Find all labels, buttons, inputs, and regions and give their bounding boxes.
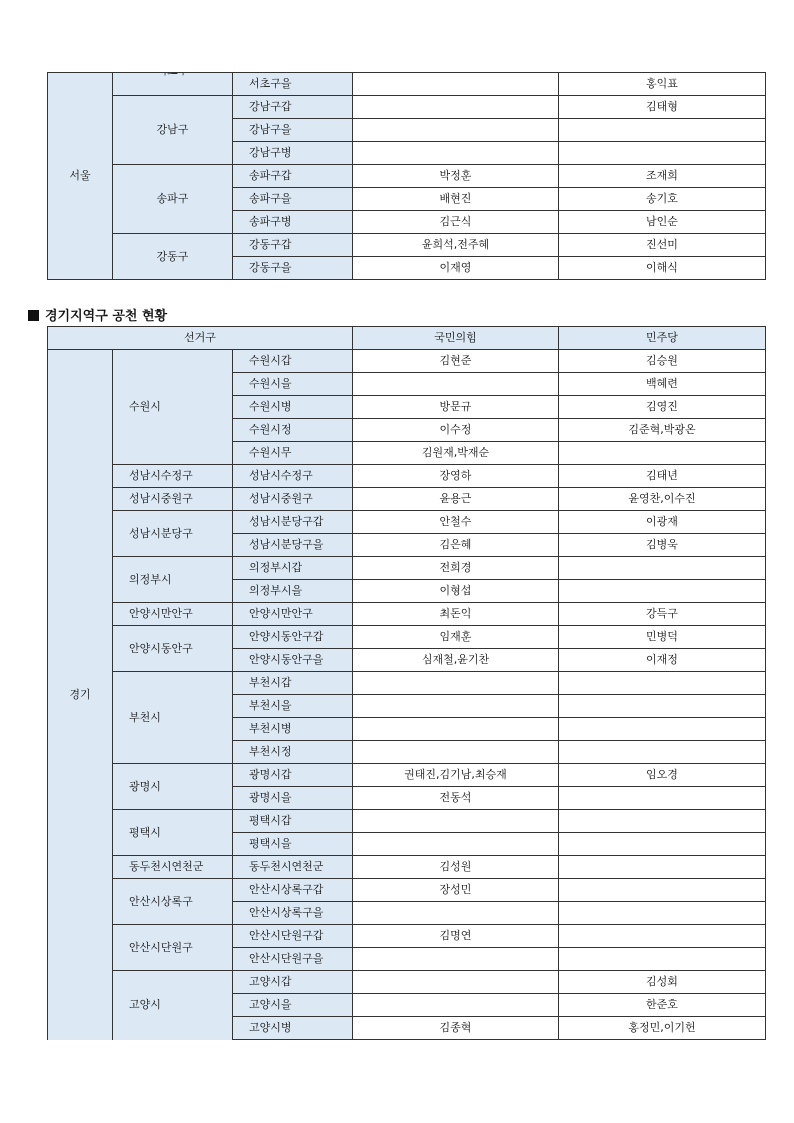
constituency-cell: 송파구병: [233, 211, 353, 234]
table-row: 경기수원시수원시갑김현준김승원: [48, 350, 766, 373]
dem-candidate-cell: [559, 695, 766, 718]
dem-candidate-cell: 김태년: [559, 465, 766, 488]
ppp-candidate-cell: [353, 96, 559, 119]
ppp-candidate-cell: [353, 902, 559, 925]
ppp-candidate-cell: [353, 994, 559, 1017]
ppp-candidate-cell: [353, 373, 559, 396]
district-cell: 송파구: [113, 165, 233, 234]
dem-candidate-cell: 홍익표: [559, 73, 766, 96]
constituency-cell: 부천시정: [233, 741, 353, 764]
dem-candidate-cell: 민병덕: [559, 626, 766, 649]
constituency-cell: 안양시동안구을: [233, 649, 353, 672]
dem-candidate-cell: 이해식: [559, 257, 766, 280]
ppp-candidate-cell: [353, 971, 559, 994]
ppp-candidate-cell: [353, 672, 559, 695]
region-cell: 서울: [48, 73, 113, 280]
ppp-candidate-cell: 심재철,윤기찬: [353, 649, 559, 672]
ppp-candidate-cell: 김성원: [353, 856, 559, 879]
dem-candidate-cell: [559, 741, 766, 764]
constituency-cell: 수원시정: [233, 419, 353, 442]
ppp-candidate-cell: [353, 718, 559, 741]
dem-candidate-cell: 송기호: [559, 188, 766, 211]
dem-candidate-cell: [559, 902, 766, 925]
dem-candidate-cell: [559, 119, 766, 142]
constituency-cell: 강남구갑: [233, 96, 353, 119]
ppp-candidate-cell: 윤용근: [353, 488, 559, 511]
ppp-candidate-cell: [353, 833, 559, 856]
section-heading-text: 경기지역구 공천 현황: [45, 309, 167, 324]
district-cell: 수원시: [113, 350, 233, 465]
district-cell-text: 서초구: [113, 73, 232, 79]
ppp-candidate-cell: [353, 119, 559, 142]
dem-candidate-cell: [559, 557, 766, 580]
table-row: 성남시분당구성남시분당구갑안철수이광재: [48, 511, 766, 534]
district-cell: 강남구: [113, 96, 233, 165]
district-cell: 의정부시: [113, 557, 233, 603]
dem-candidate-cell: [559, 718, 766, 741]
table-row: 부천시부천시갑: [48, 672, 766, 695]
constituency-cell: 안양시만안구: [233, 603, 353, 626]
dem-candidate-cell: 진선미: [559, 234, 766, 257]
constituency-cell: 수원시을: [233, 373, 353, 396]
constituency-cell: 부천시병: [233, 718, 353, 741]
table-row: 강동구강동구갑윤희석,전주혜진선미: [48, 234, 766, 257]
ppp-candidate-cell: 전동석: [353, 787, 559, 810]
constituency-cell: 고양시갑: [233, 971, 353, 994]
ppp-candidate-cell: 이수정: [353, 419, 559, 442]
dem-candidate-cell: 백혜련: [559, 373, 766, 396]
ppp-candidate-cell: 안철수: [353, 511, 559, 534]
ppp-candidate-cell: 이형섭: [353, 580, 559, 603]
dem-candidate-cell: 김승원: [559, 350, 766, 373]
constituency-cell: 의정부시을: [233, 580, 353, 603]
constituency-cell: 성남시수정구: [233, 465, 353, 488]
ppp-candidate-cell: 최돈익: [353, 603, 559, 626]
constituency-cell: 안산시단원구을: [233, 948, 353, 971]
dem-candidate-cell: 강득구: [559, 603, 766, 626]
district-cell: 안양시만안구: [113, 603, 233, 626]
header-dem: 민주당: [559, 327, 766, 350]
district-cell: 성남시수정구: [113, 465, 233, 488]
constituency-cell: 성남시분당구갑: [233, 511, 353, 534]
constituency-cell: 고양시을: [233, 994, 353, 1017]
constituency-cell: 서초구을: [233, 73, 353, 96]
constituency-cell: 성남시분당구을: [233, 534, 353, 557]
ppp-candidate-cell: [353, 810, 559, 833]
table-row: 고양시고양시갑김성회: [48, 971, 766, 994]
ppp-candidate-cell: 장영하: [353, 465, 559, 488]
table-row: 서울서초구서초구을홍익표: [48, 73, 766, 96]
ppp-candidate-cell: 방문규: [353, 396, 559, 419]
constituency-cell: 강동구갑: [233, 234, 353, 257]
ppp-candidate-cell: 윤희석,전주혜: [353, 234, 559, 257]
ppp-candidate-cell: [353, 695, 559, 718]
constituency-cell: 성남시중원구: [233, 488, 353, 511]
dem-candidate-cell: [559, 672, 766, 695]
district-cell: 성남시중원구: [113, 488, 233, 511]
ppp-candidate-cell: 이재영: [353, 257, 559, 280]
dem-candidate-cell: 홍정민,이기헌: [559, 1017, 766, 1040]
ppp-candidate-cell: [353, 142, 559, 165]
dem-candidate-cell: [559, 580, 766, 603]
district-cell: 안산시단원구: [113, 925, 233, 971]
ppp-candidate-cell: [353, 948, 559, 971]
table-header-row: 선거구 국민의힘 민주당: [48, 327, 766, 350]
ppp-candidate-cell: 전희경: [353, 557, 559, 580]
constituency-cell: 광명시을: [233, 787, 353, 810]
table-row: 성남시수정구성남시수정구장영하김태년: [48, 465, 766, 488]
dem-candidate-cell: 임오경: [559, 764, 766, 787]
constituency-cell: 수원시무: [233, 442, 353, 465]
district-cell: 서초구: [113, 73, 233, 96]
table-row: 송파구송파구갑박정훈조재희: [48, 165, 766, 188]
constituency-cell: 수원시갑: [233, 350, 353, 373]
dem-candidate-cell: [559, 856, 766, 879]
ppp-candidate-cell: [353, 741, 559, 764]
ppp-candidate-cell: 임재훈: [353, 626, 559, 649]
ppp-candidate-cell: 김은혜: [353, 534, 559, 557]
table-row: 안양시만안구안양시만안구최돈익강득구: [48, 603, 766, 626]
gyeonggi-nominations-table: 선거구 국민의힘 민주당 경기수원시수원시갑김현준김승원수원시을백혜련수원시병방…: [47, 326, 766, 1040]
ppp-candidate-cell: 김원재,박재순: [353, 442, 559, 465]
constituency-cell: 안산시상록구을: [233, 902, 353, 925]
region-cell: 경기: [48, 350, 113, 1040]
district-cell: 부천시: [113, 672, 233, 764]
dem-candidate-cell: 김준혁,박광온: [559, 419, 766, 442]
district-cell: 강동구: [113, 234, 233, 280]
dem-candidate-cell: 남인순: [559, 211, 766, 234]
dem-candidate-cell: 이광재: [559, 511, 766, 534]
dem-candidate-cell: [559, 925, 766, 948]
constituency-cell: 부천시을: [233, 695, 353, 718]
ppp-candidate-cell: 장성민: [353, 879, 559, 902]
dem-candidate-cell: 김성회: [559, 971, 766, 994]
constituency-cell: 강남구을: [233, 119, 353, 142]
constituency-cell: 고양시병: [233, 1017, 353, 1040]
dem-candidate-cell: 조재희: [559, 165, 766, 188]
header-ppp: 국민의힘: [353, 327, 559, 350]
constituency-cell: 강남구병: [233, 142, 353, 165]
constituency-cell: 안산시단원구갑: [233, 925, 353, 948]
constituency-cell: 강동구을: [233, 257, 353, 280]
dem-candidate-cell: 이재정: [559, 649, 766, 672]
dem-candidate-cell: [559, 442, 766, 465]
table-row: 광명시광명시갑권태진,김기남,최승재임오경: [48, 764, 766, 787]
district-cell: 고양시: [113, 971, 233, 1040]
table-row: 강남구강남구갑김태형: [48, 96, 766, 119]
table-row: 성남시중원구성남시중원구윤용근윤영찬,이수진: [48, 488, 766, 511]
ppp-candidate-cell: 김현준: [353, 350, 559, 373]
table-row: 평택시평택시갑: [48, 810, 766, 833]
ppp-candidate-cell: 김명연: [353, 925, 559, 948]
ppp-candidate-cell: 김근식: [353, 211, 559, 234]
dem-candidate-cell: [559, 142, 766, 165]
ppp-candidate-cell: [353, 73, 559, 96]
dem-candidate-cell: [559, 833, 766, 856]
constituency-cell: 안산시상록구갑: [233, 879, 353, 902]
square-bullet-icon: [28, 310, 39, 321]
district-cell: 안양시동안구: [113, 626, 233, 672]
constituency-cell: 의정부시갑: [233, 557, 353, 580]
ppp-candidate-cell: 배현진: [353, 188, 559, 211]
district-cell: 광명시: [113, 764, 233, 810]
dem-candidate-cell: [559, 810, 766, 833]
section-heading: 경기지역구 공천 현황: [28, 305, 167, 324]
table-row: 의정부시의정부시갑전희경: [48, 557, 766, 580]
seoul-nominations-table: 서울서초구서초구을홍익표강남구강남구갑김태형강남구을강남구병송파구송파구갑박정훈…: [47, 72, 766, 280]
district-cell: 평택시: [113, 810, 233, 856]
district-cell: 안산시상록구: [113, 879, 233, 925]
ppp-candidate-cell: 김종혁: [353, 1017, 559, 1040]
constituency-cell: 평택시을: [233, 833, 353, 856]
constituency-cell: 동두천시연천군: [233, 856, 353, 879]
constituency-cell: 수원시병: [233, 396, 353, 419]
constituency-cell: 평택시갑: [233, 810, 353, 833]
table-row: 안산시상록구안산시상록구갑장성민: [48, 879, 766, 902]
dem-candidate-cell: 김영진: [559, 396, 766, 419]
dem-candidate-cell: 김병욱: [559, 534, 766, 557]
constituency-cell: 부천시갑: [233, 672, 353, 695]
header-district: 선거구: [48, 327, 353, 350]
constituency-cell: 광명시갑: [233, 764, 353, 787]
table-row: 동두천시연천군동두천시연천군김성원: [48, 856, 766, 879]
dem-candidate-cell: 윤영찬,이수진: [559, 488, 766, 511]
constituency-cell: 송파구을: [233, 188, 353, 211]
dem-candidate-cell: 한준호: [559, 994, 766, 1017]
district-cell: 동두천시연천군: [113, 856, 233, 879]
ppp-candidate-cell: 박정훈: [353, 165, 559, 188]
dem-candidate-cell: 김태형: [559, 96, 766, 119]
constituency-cell: 안양시동안구갑: [233, 626, 353, 649]
constituency-cell: 송파구갑: [233, 165, 353, 188]
district-cell: 성남시분당구: [113, 511, 233, 557]
dem-candidate-cell: [559, 948, 766, 971]
table-row: 안양시동안구안양시동안구갑임재훈민병덕: [48, 626, 766, 649]
ppp-candidate-cell: 권태진,김기남,최승재: [353, 764, 559, 787]
dem-candidate-cell: [559, 787, 766, 810]
dem-candidate-cell: [559, 879, 766, 902]
table-row: 안산시단원구안산시단원구갑김명연: [48, 925, 766, 948]
